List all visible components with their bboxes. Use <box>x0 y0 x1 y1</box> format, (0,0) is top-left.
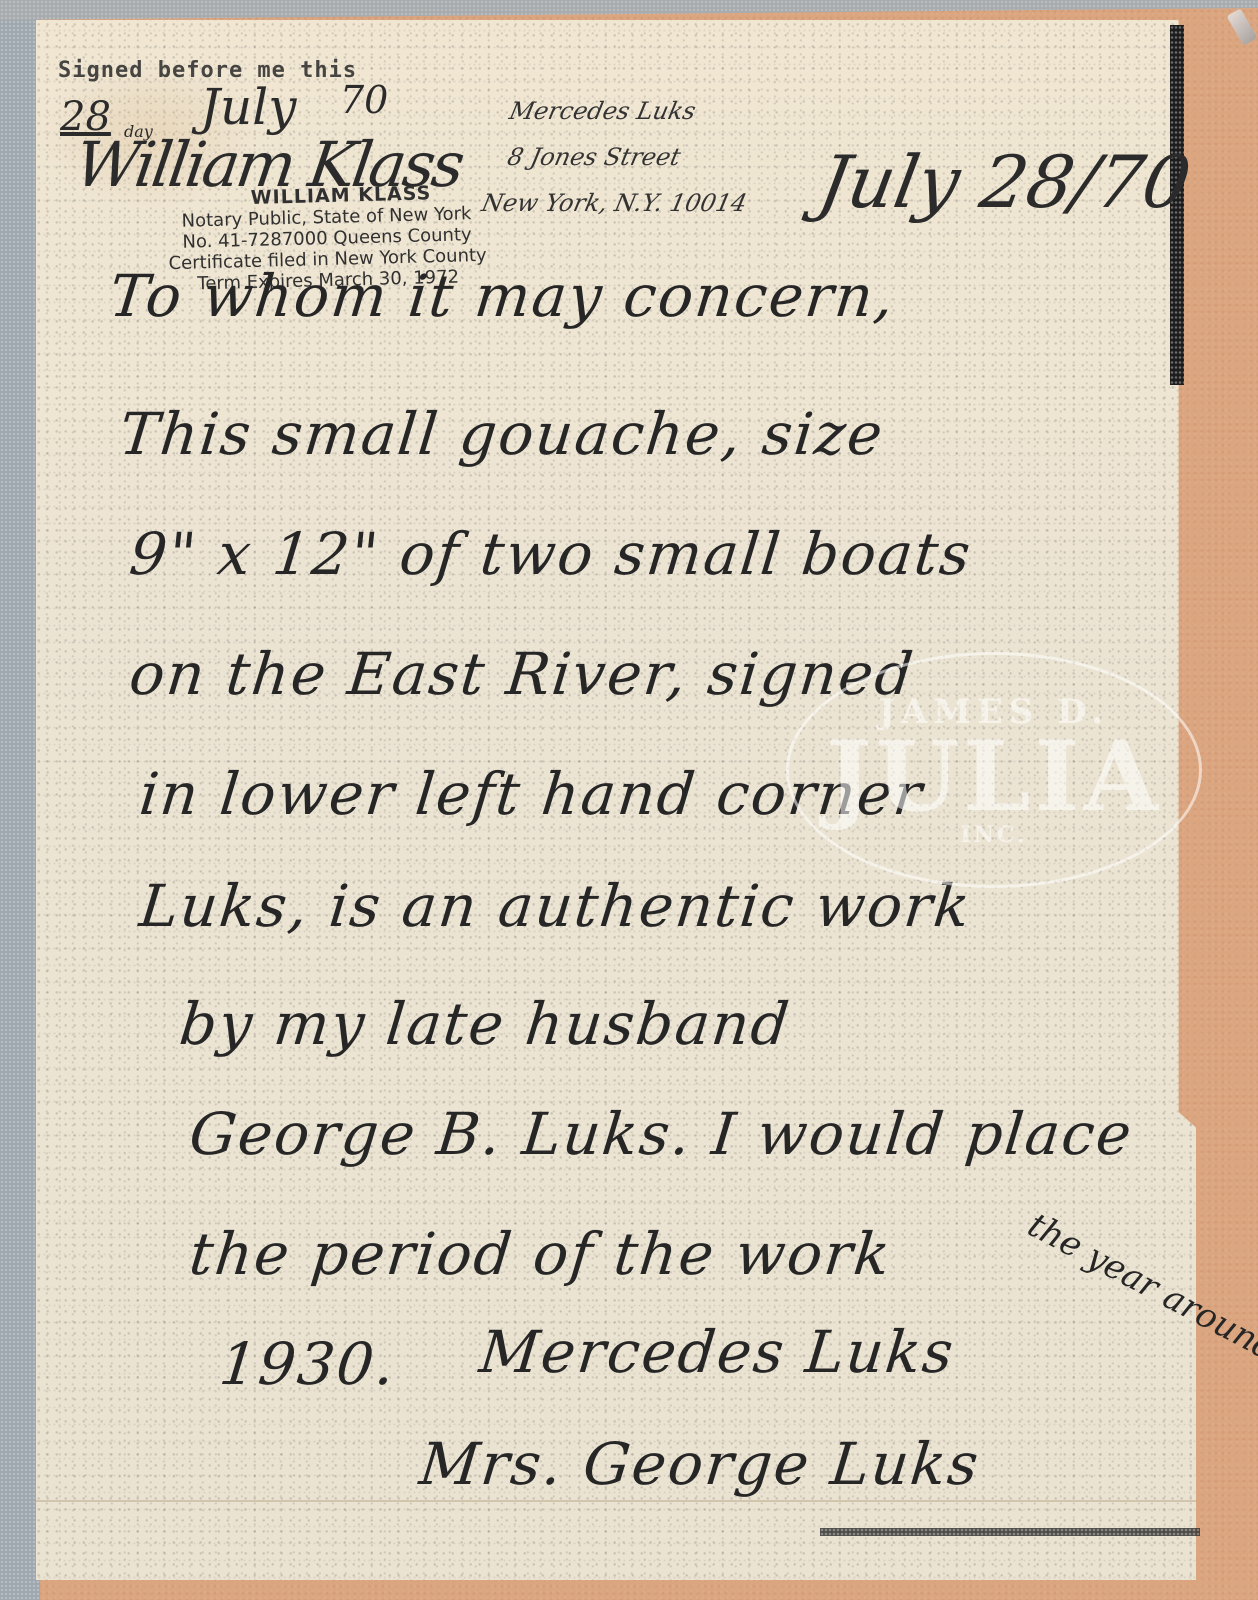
watermark-sub: INC. <box>960 822 1027 848</box>
letterhead-street: 8 Jones Street <box>475 134 761 180</box>
letter-line: on the East River, signed <box>126 640 918 708</box>
letter-line: 1930. <box>216 1330 399 1398</box>
letter-line: This small gouache, size <box>116 400 887 468</box>
letter-line: To whom it may concern, <box>106 262 898 330</box>
notary-year: 70 <box>340 78 388 122</box>
letter-line: George B. Luks. I would place <box>186 1100 1136 1168</box>
letter-date: July 28/70 <box>813 140 1197 224</box>
closing-signature: Mercedes Luks <box>476 1318 958 1386</box>
frame-strip-left <box>0 0 40 1600</box>
letter-line: by my late husband <box>176 990 794 1058</box>
letterhead-city: New York, N.Y. 10014 <box>465 180 751 226</box>
letter-line: Luks, is an authentic work <box>136 872 974 940</box>
watermark-main: JULIA <box>826 732 1162 822</box>
letter-line: 9" x 12" of two small boats <box>126 520 975 588</box>
photocopy-bottom-edge <box>820 1528 1200 1536</box>
auction-watermark: JAMES D. JULIA INC. <box>786 652 1202 888</box>
letter-line: the period of the work <box>186 1220 894 1288</box>
letterhead-name: Mercedes Luks <box>485 88 771 134</box>
tape-edge <box>36 1500 1196 1502</box>
closing-name: Mrs. George Luks <box>416 1430 983 1498</box>
letterhead: Mercedes Luks 8 Jones Street New York, N… <box>465 88 771 226</box>
